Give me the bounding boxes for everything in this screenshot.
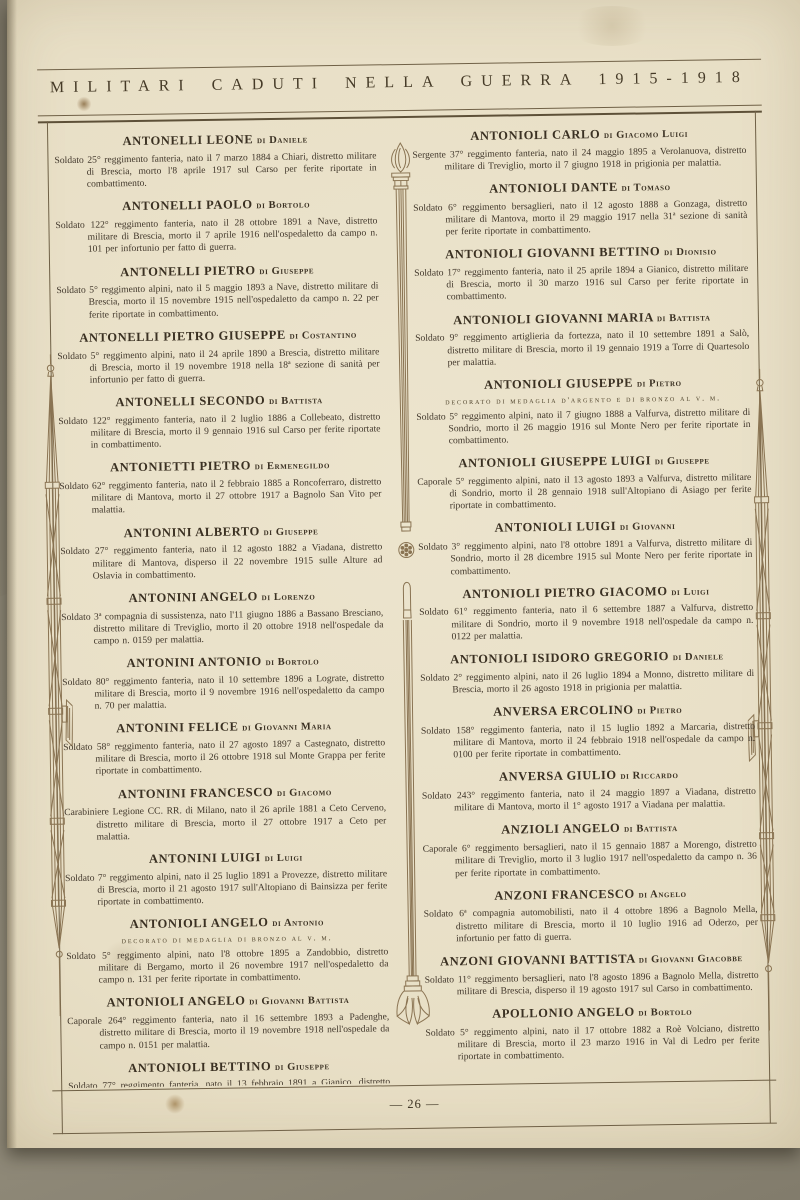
soldier-entry: ANZONI GIOVANNI BATTISTA di Giovanni Gia… [424, 950, 759, 999]
soldier-entry-heading: ANTONIOLI DANTE di Tomaso [413, 178, 747, 198]
soldier-entry: ANTONIOLI CARLO di Giacomo Luigi Sergent… [412, 125, 747, 174]
soldier-entry: ANZONI FRANCESCO di Angelo Soldato 6ª co… [423, 885, 758, 946]
soldier-father-name: di Giovanni Giacobbe [639, 953, 743, 966]
soldier-entry: ANTONIOLI BETTINO di Giuseppe Soldato 77… [68, 1057, 390, 1088]
soldier-name: ANTONIOLI ISIDORO GREGORIO [450, 649, 669, 666]
soldier-entry-heading: ANTONIOLI PIETRO GIACOMO di Luigi [419, 583, 753, 603]
soldier-entry: ANTONIOLI GIOVANNI BETTINO di Dionisio S… [414, 243, 749, 304]
right-column: ANTONIOLI CARLO di Giacomo Luigi Sergent… [412, 125, 760, 1083]
soldier-father-name: di Costantino [290, 330, 357, 342]
soldier-entry-heading: ANZONI GIOVANNI BATTISTA di Giovanni Gia… [424, 950, 758, 970]
soldier-name: ANTONIOLI PIETRO GIACOMO [462, 584, 667, 601]
soldier-entry: ANTONIOLI DANTE di Tomaso Soldato 6° reg… [413, 178, 748, 239]
soldier-entry-heading: ANZONI FRANCESCO di Angelo [423, 885, 757, 905]
soldier-name: ANTONINI LUIGI [149, 850, 261, 866]
soldier-entry: APOLLONIO ANGELO di Bortolo Soldato 5° r… [425, 1003, 760, 1064]
soldier-entry: ANTONIOLI ISIDORO GREGORIO di Daniele So… [420, 648, 755, 697]
soldier-entry-text: Soldato 3ª compagnia di sussistenza, nat… [61, 607, 384, 648]
soldier-entry-text: Soldato 5° reggimento alpini, nato il 24… [57, 346, 380, 387]
soldier-entry-heading: ANTONIOLI GIUSEPPE LUIGI di Giuseppe [417, 452, 751, 472]
soldier-entry: ANTONINI FELICE di Giovanni Maria Soldat… [63, 718, 386, 779]
soldier-entry-text: Soldato 6° reggimento bersaglieri, nato … [413, 198, 748, 239]
soldier-name: ANTONIOLI GIOVANNI MARIA [453, 310, 653, 327]
soldier-entry: ANTONELLI PIETRO di Giuseppe Soldato 5° … [56, 261, 379, 322]
footer-bottom-rule [53, 1123, 777, 1135]
soldier-father-name: di Bortolo [256, 200, 310, 212]
soldier-father-name: di Giacomo Luigi [604, 129, 688, 141]
soldier-name: ANTONIOLI GIOVANNI BETTINO [445, 245, 660, 262]
left-column: ANTONELLI LEONE di Daniele Soldato 25° r… [54, 130, 390, 1088]
soldier-father-name: di Battista [624, 823, 678, 835]
soldier-entry: ANTONIOLI GIUSEPPE LUIGI di Giuseppe Cap… [417, 452, 752, 513]
soldier-honor-line: decorato di medaglia di bronzo al v. m. [66, 932, 388, 946]
soldier-father-name: di Tomaso [622, 182, 671, 194]
soldier-entry: ANTONIOLI GIUSEPPE di Pietro decorato di… [416, 374, 751, 448]
soldier-entry-text: Caporale 264° reggimento fanteria, nato … [67, 1012, 390, 1053]
soldier-name: ANTONINI ANGELO [128, 589, 257, 605]
soldier-honor-line: decorato di medaglia d'argento e di bron… [416, 393, 750, 407]
paper-discoloration [567, 6, 657, 46]
soldier-entry-text: Soldato 5° reggimento alpini, nato l'8 o… [66, 946, 389, 987]
soldier-entry-text: Caporale 6° reggimento bersaglieri, nato… [423, 839, 758, 880]
soldier-entry-heading: ANVERSA GIULIO di Riccardo [422, 766, 756, 786]
soldier-entry: ANTONINI LUIGI di Luigi Soldato 7° reggi… [65, 848, 388, 909]
soldier-father-name: di Ermenegildo [255, 460, 330, 472]
soldier-entry-heading: ANTONIOLI ANGELO di Antonio [66, 914, 388, 934]
soldier-entry-text: Carabiniere Legione CC. RR. di Milano, n… [64, 803, 387, 844]
soldier-entry-heading: ANTONIOLI GIOVANNI BETTINO di Dionisio [414, 243, 748, 263]
header-bottom-rule-thick [38, 111, 762, 124]
soldier-entry-text: Soldato 80° reggimento fanteria, nato il… [62, 672, 385, 713]
soldier-entry-text: Soldato 2° reggimento alpini, nato il 26… [420, 668, 754, 697]
soldier-entry-text: Sergente 37° reggimento fanteria, nato i… [412, 145, 746, 174]
soldier-entry-text: Soldato 5° reggimento alpini, nato il 7 … [416, 407, 751, 448]
soldier-entry-heading: ANTONIETTI PIETRO di Ermenegildo [59, 457, 381, 477]
soldier-name: ANZONI GIOVANNI BATTISTA [440, 952, 635, 969]
header-bottom-rule [38, 105, 762, 117]
soldier-name: ANTONIOLI DANTE [489, 180, 618, 196]
soldier-father-name: di Giuseppe [275, 1061, 330, 1073]
soldier-name: ANTONINI FELICE [116, 720, 239, 736]
soldier-name: ANTONELLI PAOLO [122, 198, 253, 214]
soldier-father-name: di Luigi [671, 586, 709, 598]
soldier-entry-text: Soldato 17° reggimento fanteria, nato il… [414, 263, 749, 304]
soldier-name: APOLLONIO ANGELO [492, 1005, 635, 1021]
soldier-entry: ANVERSA GIULIO di Riccardo Soldato 243° … [422, 766, 757, 815]
soldier-entry-heading: APOLLONIO ANGELO di Bortolo [425, 1003, 759, 1023]
soldier-entry-text: Soldato 243° reggimento fanteria, nato i… [422, 786, 756, 815]
header-top-rule [37, 59, 761, 71]
soldier-entry-heading: ANTONINI FRANCESCO di Giacomo [64, 783, 386, 803]
soldier-entry: ANTONIOLI ANGELO di Giovanni Battista Ca… [67, 992, 390, 1053]
soldier-father-name: di Riccardo [620, 770, 678, 782]
soldier-father-name: di Lorenzo [262, 591, 316, 603]
soldier-entry: ANTONELLI LEONE di Daniele Soldato 25° r… [54, 130, 377, 191]
soldier-entry: ANTONINI ANGELO di Lorenzo Soldato 3ª co… [61, 587, 384, 648]
soldier-father-name: di Giacomo [277, 787, 332, 799]
soldier-entry: ANTONELLI SECONDO di Battista Soldato 12… [58, 391, 381, 452]
soldier-name: ANTONIOLI GIUSEPPE LUIGI [458, 454, 651, 471]
soldier-name: ANTONINI FRANCESCO [118, 785, 274, 801]
soldier-father-name: di Daniele [673, 651, 724, 663]
soldier-entry-text: Soldato 3° reggimento alpini, nato l'8 o… [418, 537, 753, 578]
soldier-name: ANTONELLI LEONE [122, 132, 253, 148]
soldier-entry-heading: ANTONINI ALBERTO di Giuseppe [60, 522, 382, 542]
soldier-entry-heading: ANZIOLI ANGELO di Battista [422, 819, 756, 839]
soldier-entry: ANTONINI ANTONIO di Bortolo Soldato 80° … [62, 652, 385, 713]
soldier-entry-heading: ANTONIOLI ISIDORO GREGORIO di Daniele [420, 648, 754, 668]
soldier-father-name: di Bortolo [638, 1007, 692, 1019]
soldier-father-name: di Giuseppe [655, 456, 710, 468]
page-number: — 26 — [52, 1092, 776, 1118]
soldier-entry-heading: ANTONIOLI LUIGI di Giovanni [418, 517, 752, 537]
soldier-father-name: di Bortolo [265, 656, 319, 668]
soldier-entry-heading: ANTONINI LUIGI di Luigi [65, 848, 387, 868]
soldier-entry-text: Soldato 25° reggimento fanteria, nato il… [54, 150, 377, 191]
soldier-father-name: di Giovanni [620, 521, 676, 533]
soldier-entry-heading: ANTONELLI PIETRO di Giuseppe [56, 261, 378, 281]
soldier-entry-text: Caporale 5° reggimento alpini, nato il 1… [417, 472, 752, 513]
soldier-entry: ANTONIETTI PIETRO di Ermenegildo Soldato… [59, 457, 382, 518]
soldier-name: ANVERSA ERCOLINO [493, 703, 634, 719]
soldier-father-name: di Giovanni Battista [249, 995, 349, 1007]
soldier-entry-text: Soldato 7° reggimento alpini, nato il 25… [65, 868, 388, 909]
soldier-father-name: di Pietro [637, 705, 682, 717]
soldier-father-name: di Daniele [257, 134, 308, 146]
soldier-name: ANTONELLI SECONDO [115, 393, 265, 409]
soldier-entry-text: Soldato 61° reggimento fanteria, nato il… [419, 602, 754, 643]
soldier-father-name: di Pietro [637, 378, 682, 390]
soldier-entry: ANTONIOLI ANGELO di Antonio decorato di … [66, 914, 389, 988]
soldier-entry-text: Soldato 158° reggimento fanteria, nato i… [421, 721, 756, 762]
soldier-name: ANTONIOLI GIUSEPPE [484, 376, 633, 392]
soldier-entry: ANTONIOLI PIETRO GIACOMO di Luigi Soldat… [419, 583, 754, 644]
soldier-entry-heading: ANTONINI FELICE di Giovanni Maria [63, 718, 385, 738]
soldier-entry-text: Soldato 62° reggimento fanteria, nato il… [59, 476, 382, 517]
soldier-entry-heading: ANTONIOLI CARLO di Giacomo Luigi [412, 125, 746, 145]
soldier-father-name: di Giuseppe [259, 265, 314, 277]
soldier-father-name: di Battista [657, 312, 711, 324]
soldier-entry-heading: ANTONIOLI GIUSEPPE di Pietro [416, 374, 750, 394]
soldier-name: ANTONIOLI LUIGI [494, 519, 616, 535]
soldier-entry-heading: ANTONIOLI ANGELO di Giovanni Battista [67, 992, 389, 1012]
book-page: MILITARI CADUTI NELLA GUERRA 1915-1918 [7, 0, 800, 1148]
soldier-father-name: di Luigi [265, 852, 303, 864]
soldier-entry: ANTONELLI PAOLO di Bortolo Soldato 122° … [55, 196, 378, 257]
soldier-entry-heading: ANVERSA ERCOLINO di Pietro [421, 701, 755, 721]
soldier-father-name: di Angelo [638, 889, 686, 901]
soldier-name: ANTONIOLI ANGELO [106, 994, 245, 1010]
soldier-entry: ANZIOLI ANGELO di Battista Caporale 6° r… [422, 819, 757, 880]
soldier-father-name: di Battista [269, 395, 323, 407]
soldier-entry-text: Soldato 9° reggimento artiglieria da for… [415, 328, 750, 369]
soldier-entry-heading: ANTONELLI SECONDO di Battista [58, 391, 380, 411]
soldier-entry-text: Soldato 5° reggimento alpini, nato il 5 … [56, 281, 379, 322]
soldier-entry-heading: ANTONIOLI GIOVANNI MARIA di Battista [415, 309, 749, 329]
soldier-name: ANZONI FRANCESCO [494, 886, 635, 902]
soldier-entry-text: Soldato 122° reggimento fanteria, nato i… [58, 411, 381, 452]
soldier-entry-text: Soldato 122° reggimento fanteria, nato i… [55, 215, 378, 256]
soldier-entry-text: Soldato 6ª compagnia automobilisti, nato… [424, 904, 759, 945]
page-title: MILITARI CADUTI NELLA GUERRA 1915-1918 [37, 69, 761, 98]
soldier-father-name: di Antonio [272, 917, 324, 929]
soldier-entry-heading: ANTONIOLI BETTINO di Giuseppe [68, 1057, 390, 1077]
soldier-entry: ANTONELLI PIETRO GIUSEPPE di Costantino … [57, 326, 380, 387]
soldier-name: ANTONINI ANTONIO [126, 654, 261, 670]
soldier-name: ANZIOLI ANGELO [501, 821, 620, 837]
soldier-entry: ANTONIOLI LUIGI di Giovanni Soldato 3° r… [418, 517, 753, 578]
soldier-entry: ANTONINI ALBERTO di Giuseppe Soldato 27°… [60, 522, 383, 583]
soldier-father-name: di Giovanni Maria [242, 722, 332, 734]
soldier-name: ANTONIOLI ANGELO [130, 915, 269, 931]
entry-columns: ANTONELLI LEONE di Daniele Soldato 25° r… [54, 125, 760, 1088]
soldier-name: ANVERSA GIULIO [499, 768, 617, 784]
soldier-father-name: di Giuseppe [264, 526, 319, 538]
soldier-entry-heading: ANTONELLI PIETRO GIUSEPPE di Costantino [57, 326, 379, 346]
soldier-father-name: di Dionisio [664, 247, 717, 259]
soldier-name: ANTONELLI PIETRO GIUSEPPE [79, 328, 286, 345]
soldier-entry: ANTONIOLI GIOVANNI MARIA di Battista Sol… [415, 309, 750, 370]
soldier-entry-heading: ANTONELLI PAOLO di Bortolo [55, 196, 377, 216]
soldier-entry-text: Soldato 5° reggimento alpini, nato il 17… [425, 1023, 760, 1064]
soldier-name: ANTONIOLI CARLO [470, 127, 600, 143]
soldier-name: ANTONIOLI BETTINO [128, 1059, 271, 1075]
soldier-entry: ANVERSA ERCOLINO di Pietro Soldato 158° … [421, 701, 756, 762]
soldier-entry-heading: ANTONINI ANGELO di Lorenzo [61, 587, 383, 607]
soldier-name: ANTONINI ALBERTO [124, 524, 260, 540]
soldier-entry-heading: ANTONINI ANTONIO di Bortolo [62, 652, 384, 672]
soldier-name: ANTONIETTI PIETRO [110, 459, 251, 475]
soldier-entry: ANTONINI FRANCESCO di Giacomo Carabinier… [64, 783, 387, 844]
soldier-entry-text: Soldato 27° reggimento fanteria, nato il… [60, 542, 383, 583]
printed-area: MILITARI CADUTI NELLA GUERRA 1915-1918 [37, 51, 777, 1144]
soldier-name: ANTONELLI PIETRO [120, 263, 256, 279]
soldier-entry-heading: ANTONELLI LEONE di Daniele [54, 130, 376, 150]
soldier-entry-text: Soldato 11° reggimento bersaglieri, nato… [425, 970, 759, 999]
soldier-entry-text: Soldato 58° reggimento fanteria, nato il… [63, 737, 386, 778]
